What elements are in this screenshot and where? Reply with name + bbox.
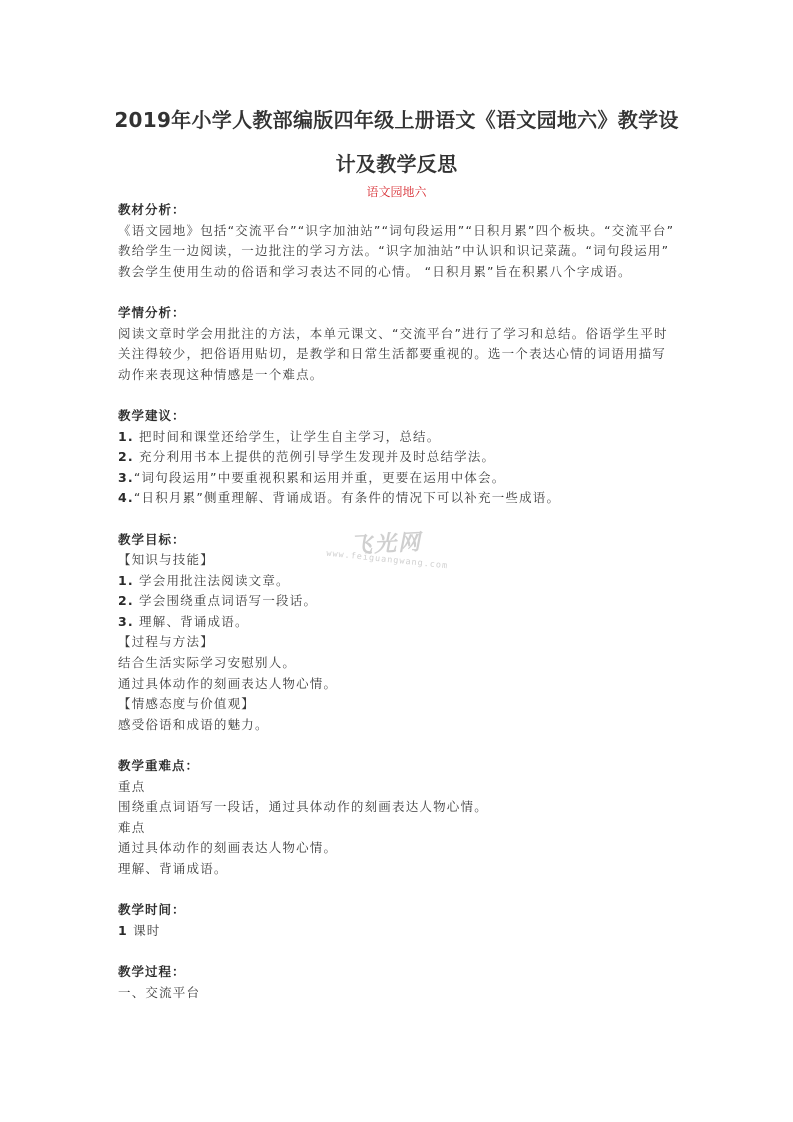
- paragraph-line: 感受俗语和成语的魅力。: [118, 715, 678, 736]
- section-heading: 学情分析：: [118, 303, 678, 324]
- list-item: 2. 充分利用书本上提供的范例引导学生发现并及时总结学法。: [118, 447, 678, 468]
- paragraph-line: 通过具体动作的刻画表达人物心情。: [118, 838, 678, 859]
- spacer: [118, 735, 678, 756]
- list-item: 1. 把时间和课堂还给学生，让学生自主学习，总结。: [118, 427, 678, 448]
- list-text: “日积月累”侧重理解、背诵成语。有条件的情况下可以补充一些成语。: [134, 490, 560, 505]
- period-count: 1: [118, 923, 128, 938]
- period-unit: 课时: [133, 923, 160, 938]
- list-number: 1.: [118, 429, 134, 444]
- list-number: 4.: [118, 490, 134, 505]
- section-heading: 教学建议：: [118, 406, 678, 427]
- spacer: [118, 880, 678, 901]
- subsection-label-difficult: 难点: [118, 818, 678, 839]
- section-teaching-process: 教学过程： 一、交流平台: [118, 962, 678, 1003]
- section-heading: 教材分析：: [118, 200, 678, 221]
- paragraph-line: 围绕重点词语写一段话，通过具体动作的刻画表达人物心情。: [118, 797, 678, 818]
- list-number: 2.: [118, 593, 134, 608]
- list-text: 理解、背诵成语。: [139, 614, 249, 629]
- section-heading: 教学时间：: [118, 900, 678, 921]
- subsection-label-knowledge: 【知识与技能】: [118, 550, 678, 571]
- spacer: [118, 282, 678, 303]
- list-number: 3.: [118, 470, 134, 485]
- paragraph-line: 一、交流平台: [118, 983, 678, 1004]
- subsection-label-emotion: 【情感态度与价值观】: [118, 694, 678, 715]
- section-student-analysis: 学情分析： 阅读文章时学会用批注的方法，本单元课文、“交流平台”进行了学习和总结…: [118, 303, 678, 385]
- section-heading: 教学目标：: [118, 530, 678, 551]
- list-item: 2. 学会围绕重点词语写一段话。: [118, 591, 678, 612]
- list-text: 学会围绕重点词语写一段话。: [139, 593, 317, 608]
- list-text: “词句段运用”中要重视积累和运用并重，更要在运用中体会。: [134, 470, 506, 485]
- document-body: 教材分析： 《语文园地》包括“交流平台”“识字加油站”“词句段运用”“日积月累”…: [118, 200, 678, 1003]
- list-text: 把时间和课堂还给学生，让学生自主学习，总结。: [139, 429, 440, 444]
- section-key-difficult-points: 教学重难点： 重点 围绕重点词语写一段话，通过具体动作的刻画表达人物心情。 难点…: [118, 756, 678, 880]
- document-title-line-1: 2019年小学人教部编版四年级上册语文《语文园地六》教学设: [100, 104, 693, 133]
- document-page: 2019年小学人教部编版四年级上册语文《语文园地六》教学设 计及教学反思 语文园…: [0, 0, 793, 1122]
- document-subtitle: 语文园地六: [100, 183, 693, 200]
- paragraph-line: 结合生活实际学习安慰别人。: [118, 653, 678, 674]
- subsection-label-process: 【过程与方法】: [118, 632, 678, 653]
- list-number: 2.: [118, 449, 134, 464]
- paragraph-line: 《语文园地》包括“交流平台”“识字加油站”“词句段运用”“日积月累”四个板块。“…: [118, 221, 678, 242]
- paragraph-line: 理解、背诵成语。: [118, 859, 678, 880]
- paragraph-line: 教给学生一边阅读，一边批注的学习方法。“识字加油站”中认识和识记菜蔬。“词句段运…: [118, 241, 678, 262]
- paragraph-line: 阅读文章时学会用批注的方法，本单元课文、“交流平台”进行了学习和总结。俗语学生平…: [118, 324, 678, 345]
- document-title-line-2: 计及教学反思: [100, 148, 693, 177]
- section-teaching-suggestions: 教学建议： 1. 把时间和课堂还给学生，让学生自主学习，总结。 2. 充分利用书…: [118, 406, 678, 509]
- paragraph-line: 通过具体动作的刻画表达人物心情。: [118, 674, 678, 695]
- list-number: 3.: [118, 614, 134, 629]
- list-item: 3. 理解、背诵成语。: [118, 612, 678, 633]
- list-item: 1. 学会用批注法阅读文章。: [118, 571, 678, 592]
- spacer: [118, 509, 678, 530]
- section-teaching-goals: 教学目标： 【知识与技能】 1. 学会用批注法阅读文章。 2. 学会围绕重点词语…: [118, 530, 678, 736]
- spacer: [118, 941, 678, 962]
- paragraph-line: 1 课时: [118, 921, 678, 942]
- list-number: 1.: [118, 573, 134, 588]
- spacer: [118, 385, 678, 406]
- section-teaching-time: 教学时间： 1 课时: [118, 900, 678, 941]
- list-item: 3.“词句段运用”中要重视积累和运用并重，更要在运用中体会。: [118, 468, 678, 489]
- list-item: 4.“日积月累”侧重理解、背诵成语。有条件的情况下可以补充一些成语。: [118, 488, 678, 509]
- paragraph-line: 关注得较少，把俗语用贴切，是教学和日常生活都要重视的。选一个表达心情的词语用描写: [118, 344, 678, 365]
- section-textbook-analysis: 教材分析： 《语文园地》包括“交流平台”“识字加油站”“词句段运用”“日积月累”…: [118, 200, 678, 282]
- subsection-label-key: 重点: [118, 777, 678, 798]
- section-heading: 教学过程：: [118, 962, 678, 983]
- section-heading: 教学重难点：: [118, 756, 678, 777]
- list-text: 学会用批注法阅读文章。: [139, 573, 290, 588]
- list-text: 充分利用书本上提供的范例引导学生发现并及时总结学法。: [139, 449, 495, 464]
- paragraph-line: 动作来表现这种情感是一个难点。: [118, 365, 678, 386]
- paragraph-line: 教会学生使用生动的俗语和学习表达不同的心情。 “日积月累”旨在积累八个字成语。: [118, 262, 678, 283]
